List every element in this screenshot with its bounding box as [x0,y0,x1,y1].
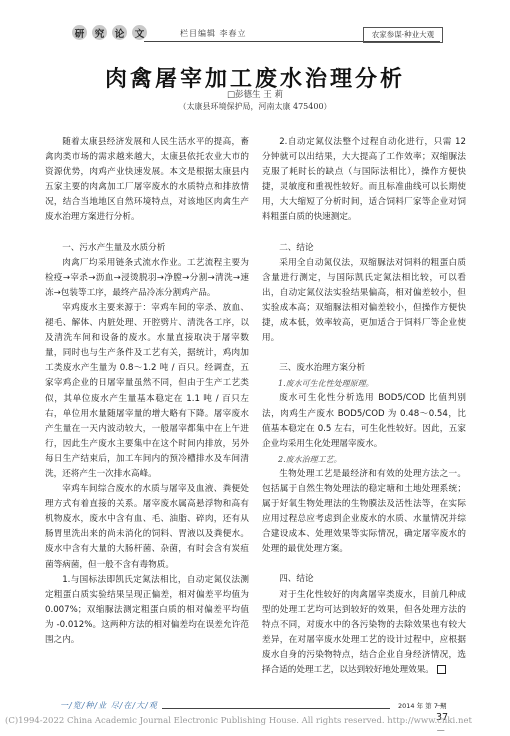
section-heading-1: 一、污水产生量及水质分析 [45,241,249,256]
body-paragraph: 宰鸡车间综合废水的水质与屠宰及血液、粪便处理方式有着直接的关系。屠宰废水属高悬浮… [45,482,249,573]
body-paragraph: 采用全自动氮仪法，双缩脲法对饲料的粗蛋白质含量进行测定，与国际凯氏定氮法相比较，… [262,256,466,347]
section-tag-char: 究 [92,25,107,40]
section-tag-char: 论 [112,25,127,40]
article-authors: □彭德生 王 莉 [0,88,510,100]
article-affiliation: （太康县环境保护局，河南太康 475400） [0,101,510,112]
intro-paragraph: 随着太康县经济发展和人民生活水平的提高，畜禽肉类市场的需求越来越大，太康县依托农… [45,135,249,226]
section-tag-char: 文 [132,25,147,40]
body-paragraph: 宰鸡废水主要来源于：宰鸡车间的宰杀、放血、褪毛、解体、内脏处理、开腔劈片、清洗各… [45,301,249,482]
page-header: 研 究 论 文 栏目编辑 李春立 农家参谋·种业大观 [72,25,443,45]
section-heading-4: 四、结论 [262,572,466,587]
section-heading-3: 三、废水治理方案分析 [262,361,466,376]
footer-slogan: 一/览/种/业 尽/在/大/观 [60,700,158,711]
body-paragraph: 2.自动定氮仪法整个过程自动化进行，只需 12 分钟就可以出结果，大大提高了工作… [262,135,466,226]
column-editor: 栏目编辑 李春立 [180,28,247,39]
subsection-heading: 1.废水可生化性处理原理。 [262,376,466,391]
closing-paragraph: 对于生化性较好的肉禽屠宰类废水，目前几种成型的处理工艺均可达到较好的效果，但各处… [262,588,466,679]
section-heading-2: 二、结论 [262,241,466,256]
footer-rule [162,708,390,709]
copyright-notice: (C)1994-2022 China Academic Journal Elec… [5,716,505,726]
body-paragraph: 生物处理工艺是最经济和有效的处理方法之一。包括属于自然生物处理法的稳定塘和土地处… [262,467,466,558]
section-tag-char: 研 [72,25,87,40]
body-paragraph: 肉禽厂均采用链条式流水作业。工艺流程主要为检疫→宰杀→沥血→浸烫脱羽→净膛→分割… [45,256,249,301]
body-paragraph: 废水可生化性分析选用 BOD5/COD 比值判别法，肉鸡生产废水 BOD5/CO… [262,391,466,451]
page-footer: 一/览/种/业 尽/在/大/观 2014 年 第 7 期 － 37 － [60,700,456,714]
end-of-article-icon [437,665,446,674]
subsection-heading: 2.废水治理工艺。 [262,452,466,467]
body-paragraph: 1.与国标法即凯氏定氮法相比，自动定氮仪法测定粗蛋白质实验结果呈现正偏差，相对偏… [45,573,249,648]
column-name-box: 农家参谋·种业大观 [363,27,443,43]
left-column: 随着太康县经济发展和人民生活水平的提高，畜禽肉类市场的需求越来越大，太康县依托农… [45,135,249,648]
section-tag: 研 究 论 文 [72,25,147,40]
closing-text: 对于生化性较好的肉禽屠宰类废水，目前几种成型的处理工艺均可达到较好的效果，但各处… [262,590,466,675]
right-column: 2.自动定氮仪法整个过程自动化进行，只需 12 分钟就可以出结果，大大提高了工作… [262,135,466,678]
